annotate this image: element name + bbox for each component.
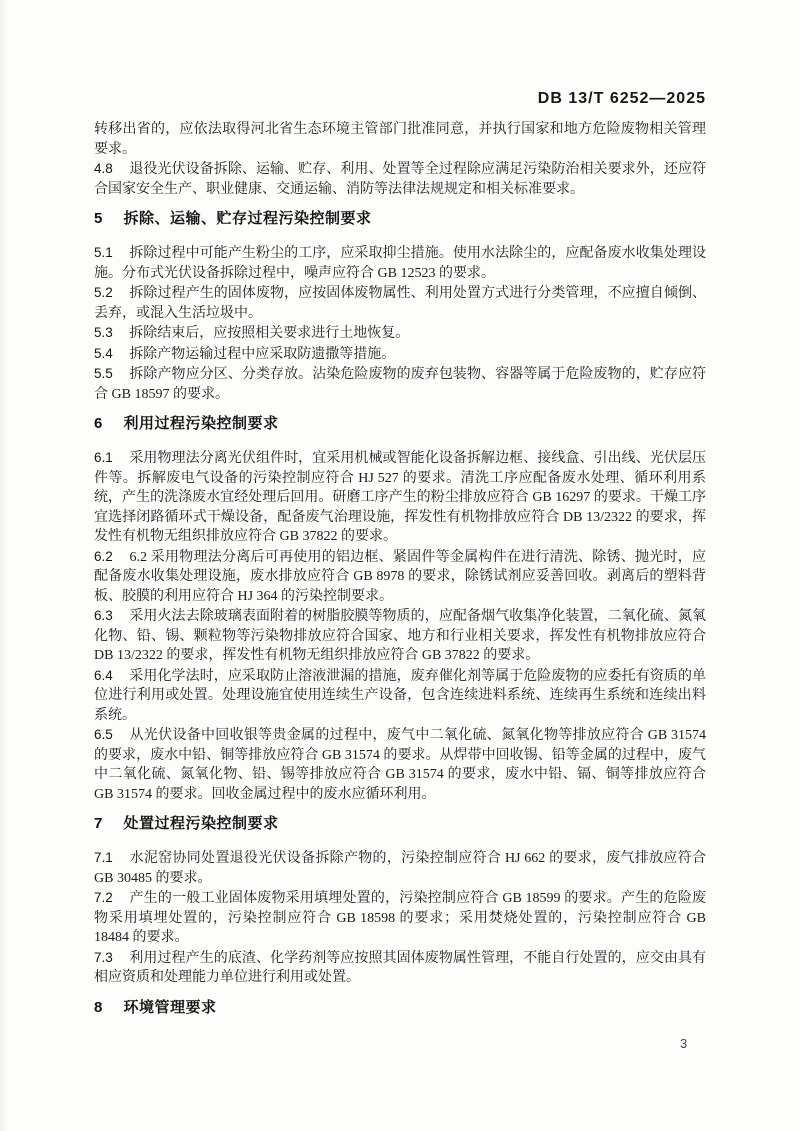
clause-text: 6.2 采用物理法分离后可再使用的铝边框、紧固件等金属构件在进行清洗、除锈、抛光…	[94, 550, 706, 604]
clause-5-3: 5.3 拆除结束后，应按照相关要求进行土地恢复。	[94, 323, 706, 344]
clause-7-1: 7.1 水泥窑协同处置退役光伏设备拆除产物的，污染控制应符合 HJ 662 的要…	[94, 848, 706, 888]
clause-text: 退役光伏设备拆除、运输、贮存、利用、处置等全过程除应满足污染防治相关要求外，还应…	[94, 162, 706, 197]
clause-number: 6.3	[94, 608, 113, 623]
clause-text: 水泥窑协同处置退役光伏设备拆除产物的，污染控制应符合 HJ 662 的要求，废气…	[94, 851, 706, 886]
clause-text: 产生的一般工业固体废物采用填埋处置的，污染控制应符合 GB 18599 的要求。…	[94, 891, 706, 945]
section-title: 利用过程污染控制要求	[124, 415, 279, 432]
clause-number: 7.2	[94, 890, 113, 905]
paragraph-text: 转移出省的，应依法取得河北省生态环境主管部门批准同意，并执行国家和地方危险废物相…	[94, 122, 706, 157]
clause-text: 采用物理法分离光伏组件时，宜采用机械或智能化设备拆解边框、接线盒、引出线、光伏层…	[94, 451, 706, 544]
section-6-heading: 6 利用过程污染控制要求	[94, 415, 706, 433]
clause-4-8: 4.8 退役光伏设备拆除、运输、贮存、利用、处置等全过程除应满足污染防治相关要求…	[94, 159, 706, 199]
clause-number: 4.8	[94, 161, 113, 176]
clause-text: 拆除产物应分区、分类存放。沾染危险废物的废弃包装物、容器等属于危险废物的，贮存应…	[94, 367, 706, 402]
clause-number: 6.1	[94, 450, 113, 465]
section-title: 处置过程污染控制要求	[124, 815, 279, 832]
clause-number: 5.4	[94, 346, 113, 361]
clause-7-3: 7.3 利用过程产生的底渣、化学药剂等应按照其固体废物属性管理，不能自行处置的，…	[94, 948, 706, 988]
section-title: 拆除、运输、贮存过程污染控制要求	[124, 210, 372, 227]
clause-text: 采用化学法时，应采取防止溶液泄漏的措施，废弃催化剂等属于危险废物的应委托有资质的…	[94, 669, 706, 723]
clause-6-2: 6.2 6.2 采用物理法分离后可再使用的铝边框、紧固件等金属构件在进行清洗、除…	[94, 547, 706, 607]
section-6: 6 利用过程污染控制要求 6.1 采用物理法分离光伏组件时，宜采用机械或智能化设…	[94, 415, 706, 804]
document-content: 转移出省的，应依法取得河北省生态环境主管部门批准同意，并执行国家和地方危险废物相…	[94, 120, 706, 1032]
clause-number: 7.3	[94, 950, 113, 965]
clause-6-1: 6.1 采用物理法分离光伏组件时，宜采用机械或智能化设备拆解边框、接线盒、引出线…	[94, 448, 706, 547]
clause-text: 采用火法去除玻璃表面附着的树脂胶膜等物质的，应配备烟气收集净化装置，二氧化硫、氮…	[94, 609, 706, 663]
clause-5-5: 5.5 拆除产物应分区、分类存放。沾染危险废物的废弃包装物、容器等属于危险废物的…	[94, 364, 706, 404]
clause-number: 5.2	[94, 285, 113, 300]
clause-number: 6.2	[94, 549, 113, 564]
clause-text: 拆除过程中可能产生粉尘的工序，应采取抑尘措施。使用水法除尘的，应配备废水收集处理…	[94, 246, 706, 281]
document-page: DB 13/T 6252—2025 转移出省的，应依法取得河北省生态环境主管部门…	[0, 0, 800, 1131]
clause-6-5: 6.5 从光伏设备中回收银等贵金属的过程中，废气中二氧化硫、氮氧化物等排放应符合…	[94, 725, 706, 804]
clause-6-4: 6.4 采用化学法时，应采取防止溶液泄漏的措施，废弃催化剂等属于危险废物的应委托…	[94, 666, 706, 726]
intro-continuation-paragraph: 转移出省的，应依法取得河北省生态环境主管部门批准同意，并执行国家和地方危险废物相…	[94, 120, 706, 159]
section-number: 6	[94, 415, 103, 432]
section-5-heading: 5 拆除、运输、贮存过程污染控制要求	[94, 210, 706, 228]
clause-5-2: 5.2 拆除过程产生的固体废物，应按固体废物属性、利用处置方式进行分类管理，不应…	[94, 283, 706, 323]
clause-7-2: 7.2 产生的一般工业固体废物采用填埋处置的，污染控制应符合 GB 18599 …	[94, 888, 706, 948]
clause-number: 6.5	[94, 727, 113, 742]
section-number: 8	[94, 999, 103, 1016]
section-8: 8 环境管理要求	[94, 999, 706, 1017]
clause-text: 利用过程产生的底渣、化学药剂等应按照其固体废物属性管理，不能自行处置的，应交由具…	[94, 951, 706, 986]
clause-text: 拆除过程产生的固体废物，应按固体废物属性、利用处置方式进行分类管理，不应擅自倾倒…	[94, 286, 706, 321]
section-8-heading: 8 环境管理要求	[94, 999, 706, 1017]
clause-text: 拆除结束后，应按照相关要求进行土地恢复。	[129, 326, 409, 341]
clause-number: 5.5	[94, 366, 113, 381]
section-title: 环境管理要求	[124, 999, 217, 1016]
clause-text: 拆除产物运输过程中应采取防遗撒等措施。	[129, 347, 395, 362]
clause-number: 7.1	[94, 850, 113, 865]
clause-number: 5.3	[94, 325, 113, 340]
page-number: 3	[680, 1036, 687, 1051]
section-7: 7 处置过程污染控制要求 7.1 水泥窑协同处置退役光伏设备拆除产物的，污染控制…	[94, 815, 706, 988]
clause-text: 从光伏设备中回收银等贵金属的过程中，废气中二氧化硫、氮氧化物等排放应符合 GB …	[94, 728, 706, 802]
clause-5-4: 5.4 拆除产物运输过程中应采取防遗撒等措施。	[94, 344, 706, 365]
clause-number: 6.4	[94, 668, 113, 683]
clause-number: 5.1	[94, 245, 113, 260]
clause-5-1: 5.1 拆除过程中可能产生粉尘的工序，应采取抑尘措施。使用水法除尘的，应配备废水…	[94, 243, 706, 283]
section-7-heading: 7 处置过程污染控制要求	[94, 815, 706, 833]
section-number: 5	[94, 210, 103, 227]
doc-code: DB 13/T 6252—2025	[538, 90, 706, 108]
section-5: 5 拆除、运输、贮存过程污染控制要求 5.1 拆除过程中可能产生粉尘的工序，应采…	[94, 210, 706, 404]
section-number: 7	[94, 815, 103, 832]
clause-6-3: 6.3 采用火法去除玻璃表面附着的树脂胶膜等物质的，应配备烟气收集净化装置，二氧…	[94, 606, 706, 666]
